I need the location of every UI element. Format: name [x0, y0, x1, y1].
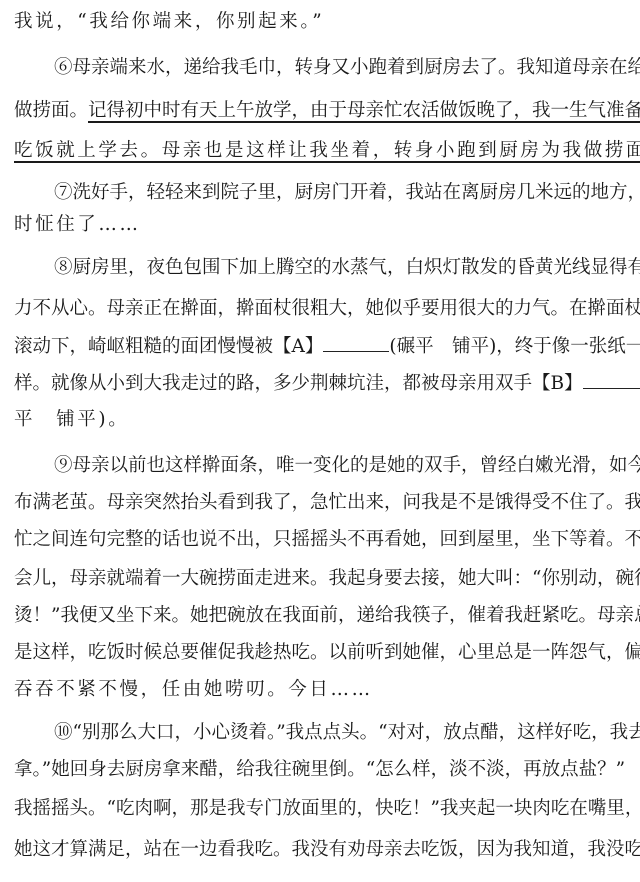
- text: 滚动下，崎岖粗糙的面团慢慢被【A】: [14, 336, 323, 357]
- paragraph-8-line: ⑧厨房里，夜色包围下加上腾空的水蒸气，白炽灯散发的昏黄光线显得有点: [54, 255, 623, 281]
- underlined-sentence: 记得初中时有天上午放学，由于母亲忙农活做饭晚了，我一生气准备不: [88, 100, 640, 121]
- text-line: 做捞面。记得初中时有天上午放学，由于母亲忙农活做饭晚了，我一生气准备不: [14, 98, 623, 124]
- text-line: 样。就像从小到大我走过的路，多少荆棘坑洼，都被母亲用双手【B】(碾: [14, 370, 623, 396]
- text-line: 布满老茧。母亲突然抬头看到我了，急忙出来，问我是不是饿得受不住了。我慌: [14, 490, 623, 516]
- text-line: 会儿，母亲就端着一大碗捞面走进来。我起身要去接，她大叫：“你别动，碗很: [14, 566, 623, 592]
- paragraph-7-line: ⑦洗好手，轻轻来到院子里，厨房门开着，我站在离厨房几米远的地方，一: [54, 180, 623, 206]
- text-line: 我说，“我给你端来，你别起来。”: [14, 9, 623, 35]
- text-line: 忙之间连句完整的话也说不出，只摇摇头不再看她，回到屋里，坐下等着。不一: [14, 527, 623, 553]
- fill-blank-b[interactable]: [583, 370, 640, 389]
- text-line: 她这才算满足，站在一边看我吃。我没有劝母亲去吃饭，因为我知道，我没吃完，: [14, 837, 623, 863]
- text-line: 吃饭就上学去。母亲也是这样让我坐着，转身小跑到厨房为我做捞面。: [14, 138, 623, 164]
- text-line: 吞吞不紧不慢，任由她唠叨。今日……: [14, 677, 623, 703]
- text-line: 平 铺平)。: [14, 407, 623, 433]
- paragraph-6-line: ⑥母亲端来水，递给我毛巾，转身又小跑着到厨房去了。我知道母亲在给我: [54, 55, 623, 81]
- text: 样。就像从小到大我走过的路，多少荆棘坑洼，都被母亲用双手【B】: [14, 373, 583, 394]
- text-line: 拿。”她回身去厨房拿来醋，给我往碗里倒。“怎么样，淡不淡，再放点盐？”: [14, 757, 623, 783]
- text-line: 力不从心。母亲正在擀面，擀面杖很粗大，她似乎要用很大的力气。在擀面杖的: [14, 296, 623, 322]
- text: 做捞面。: [14, 100, 88, 121]
- text: (碾平 铺平)，终于像一张纸一: [389, 336, 640, 357]
- text-line: 滚动下，崎岖粗糙的面团慢慢被【A】(碾平 铺平)，终于像一张纸一: [14, 333, 623, 359]
- text-line: 时怔住了……: [14, 212, 623, 238]
- paragraph-9-line: ⑨母亲以前也这样擀面条，唯一变化的是她的双手，曾经白嫩光滑，如今却: [54, 453, 623, 479]
- text-line: 我摇摇头。“吃肉啊，那是我专门放面里的，快吃！”我夹起一块肉吃在嘴里，: [14, 796, 623, 822]
- fill-blank-a[interactable]: [323, 333, 389, 352]
- text-line: 是这样，吃饭时候总要催促我趁热吃。以前听到她催，心里总是一阵怨气，偏慢: [14, 640, 623, 666]
- paragraph-10-line: ⑩“别那么大口，小心烫着。”我点点头。“对对，放点醋，这样好吃，我去: [54, 720, 623, 746]
- underlined-sentence: 吃饭就上学去。母亲也是这样让我坐着，转身小跑到厨房为我做捞面: [14, 140, 640, 161]
- text-line: 烫！”我便又坐下来。她把碗放在我面前，递给我筷子，催着我赶紧吃。母亲总: [14, 603, 623, 629]
